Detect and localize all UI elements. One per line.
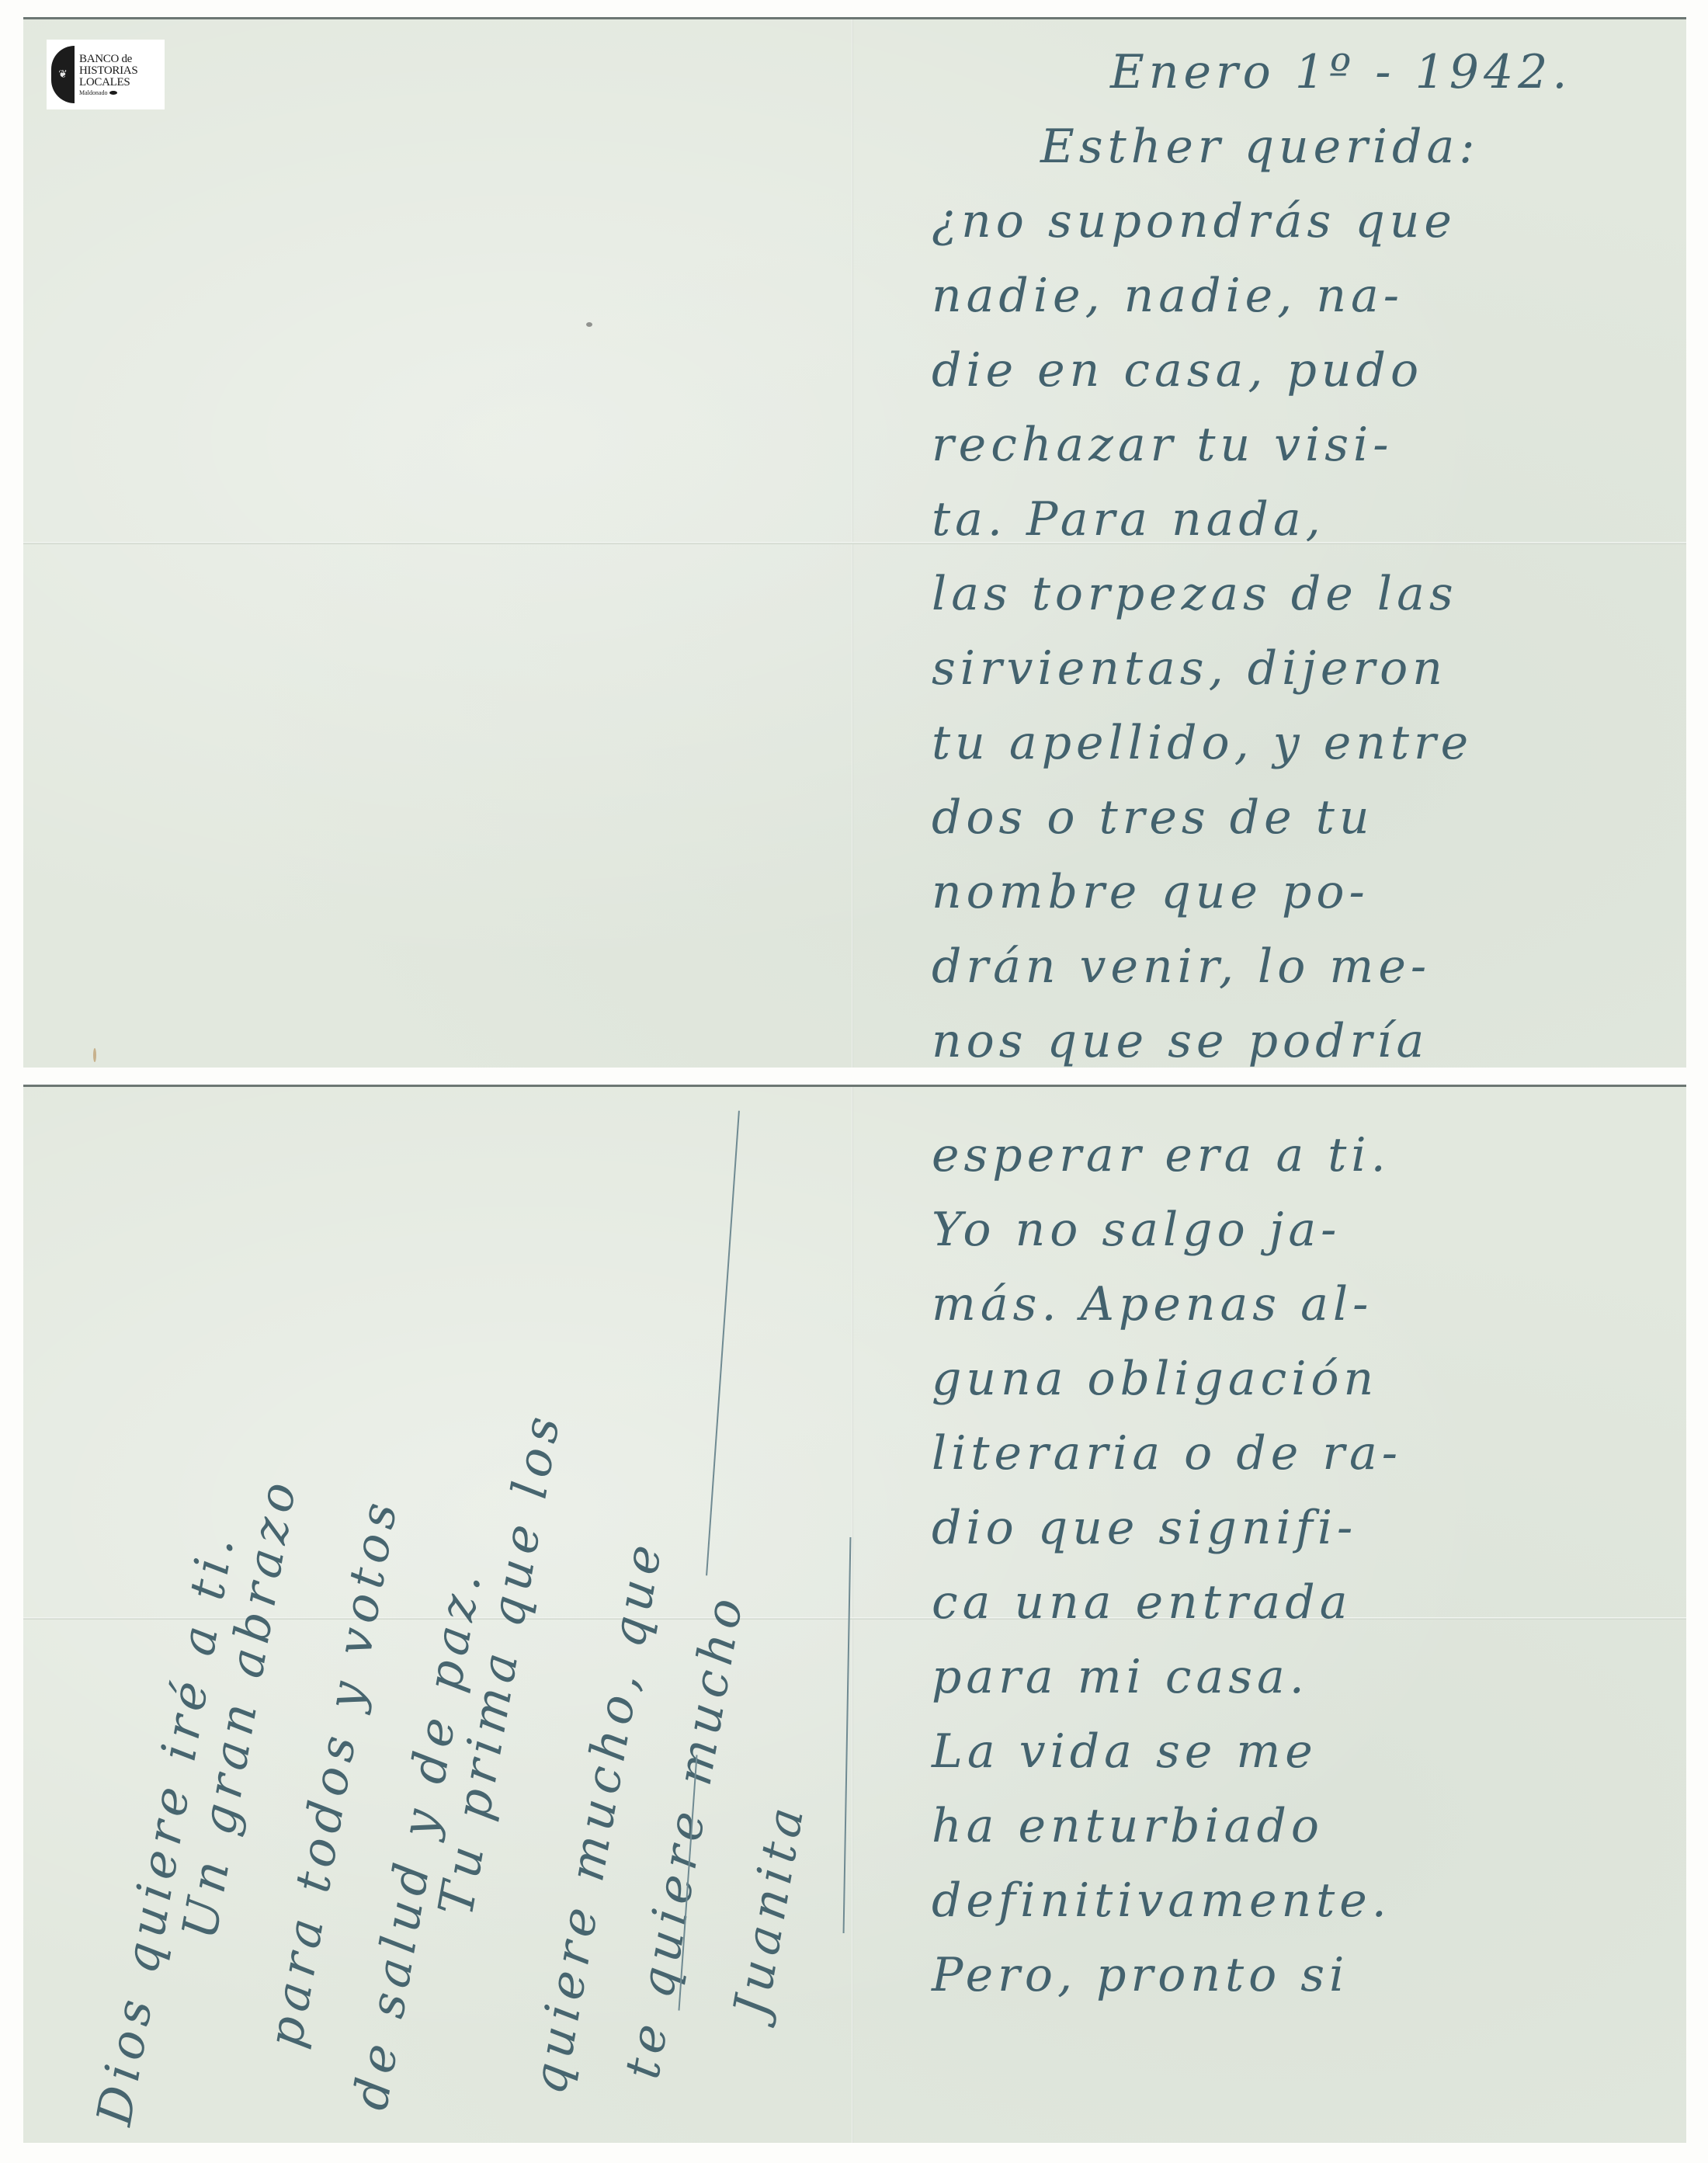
letter-line: sirvientas, dijeron [877,631,1669,706]
letter-line: Yo no salgo ja- [877,1193,1669,1267]
paper-stain [93,1048,96,1062]
letter-line: ha enturbiado [877,1789,1669,1863]
letter-line: die en casa, pudo [877,333,1669,408]
logo-location: Maldonado [79,89,107,96]
banco-historias-logo: ❦ BANCO de HISTORIAS LOCALES Maldonado [47,40,165,109]
logo-line-2: HISTORIAS [79,65,137,77]
letter-line: esperar era a ti. [877,1118,1669,1193]
closing-column: Tu prima que los [427,1102,512,2135]
letter-line: ¿no supondrás que [877,184,1669,259]
tree-icon: ❦ [51,46,75,103]
signature: Juanita [722,1797,815,2021]
letter-line: dio que signifi- [877,1491,1669,1565]
letter-line: las torpezas de las [877,557,1669,631]
closing-column: te quiere mucho [613,1102,699,2135]
logo-line-3: LOCALES [79,77,137,89]
letter-sheet-top: ❦ BANCO de HISTORIAS LOCALES Maldonado E… [23,17,1686,1068]
letter-line: nadie, nadie, na- [877,259,1669,333]
closing-column: de salud y de paz. [342,1102,427,2135]
letter-date: Enero 1º - 1942. [877,35,1669,109]
letter-line: La vida se me [877,1714,1669,1789]
logo-line-1: BANCO de [79,54,137,65]
letter-line: drán venir, lo me- [877,929,1669,1004]
closing-column: Un gran abrazo [171,1102,256,2135]
letter-line: dos o tres de tu [877,780,1669,855]
letter-page-2: esperar era a ti. Yo no salgo ja- más. A… [877,1118,1669,2012]
ink-spot [586,322,592,327]
letter-sheet-bottom: Dios quiere iré a ti. Un gran abrazo par… [23,1085,1686,2143]
pen-stroke-line [843,1537,852,1933]
letter-line: ca una entrada [877,1565,1669,1640]
closing-column: Dios quiere iré a ti. [85,1102,171,2135]
letter-page-closing-rotated: Dios quiere iré a ti. Un gran abrazo par… [70,1102,846,2135]
logo-text: BANCO de HISTORIAS LOCALES Maldonado [79,54,137,96]
letter-line: nombre que po- [877,855,1669,929]
letter-line: guna obligación [877,1342,1669,1416]
logo-line-4: Maldonado [79,90,137,96]
leaf-icon [109,91,117,95]
letter-salutation: Esther querida: [877,109,1669,184]
letter-line: rechazar tu visi- [877,408,1669,482]
closing-column: Juanita [722,1102,807,2135]
letter-line: tu apellido, y entre [877,706,1669,780]
vertical-fold [852,1087,853,2143]
letter-line: nos que se podría [877,1004,1669,1078]
closing-column: quiere mucho, que [520,1102,606,2135]
letter-line: para mi casa. [877,1640,1669,1714]
letter-line: literaria o de ra- [877,1416,1669,1491]
closing-column: para todos y votos [256,1102,342,2135]
letter-line: Pero, pronto si [877,1938,1669,2012]
letter-page-1: Enero 1º - 1942. Esther querida: ¿no sup… [877,35,1669,1078]
letter-line: ta. Para nada, [877,482,1669,557]
letter-line: más. Apenas al- [877,1267,1669,1342]
letter-line: definitivamente. [877,1863,1669,1938]
